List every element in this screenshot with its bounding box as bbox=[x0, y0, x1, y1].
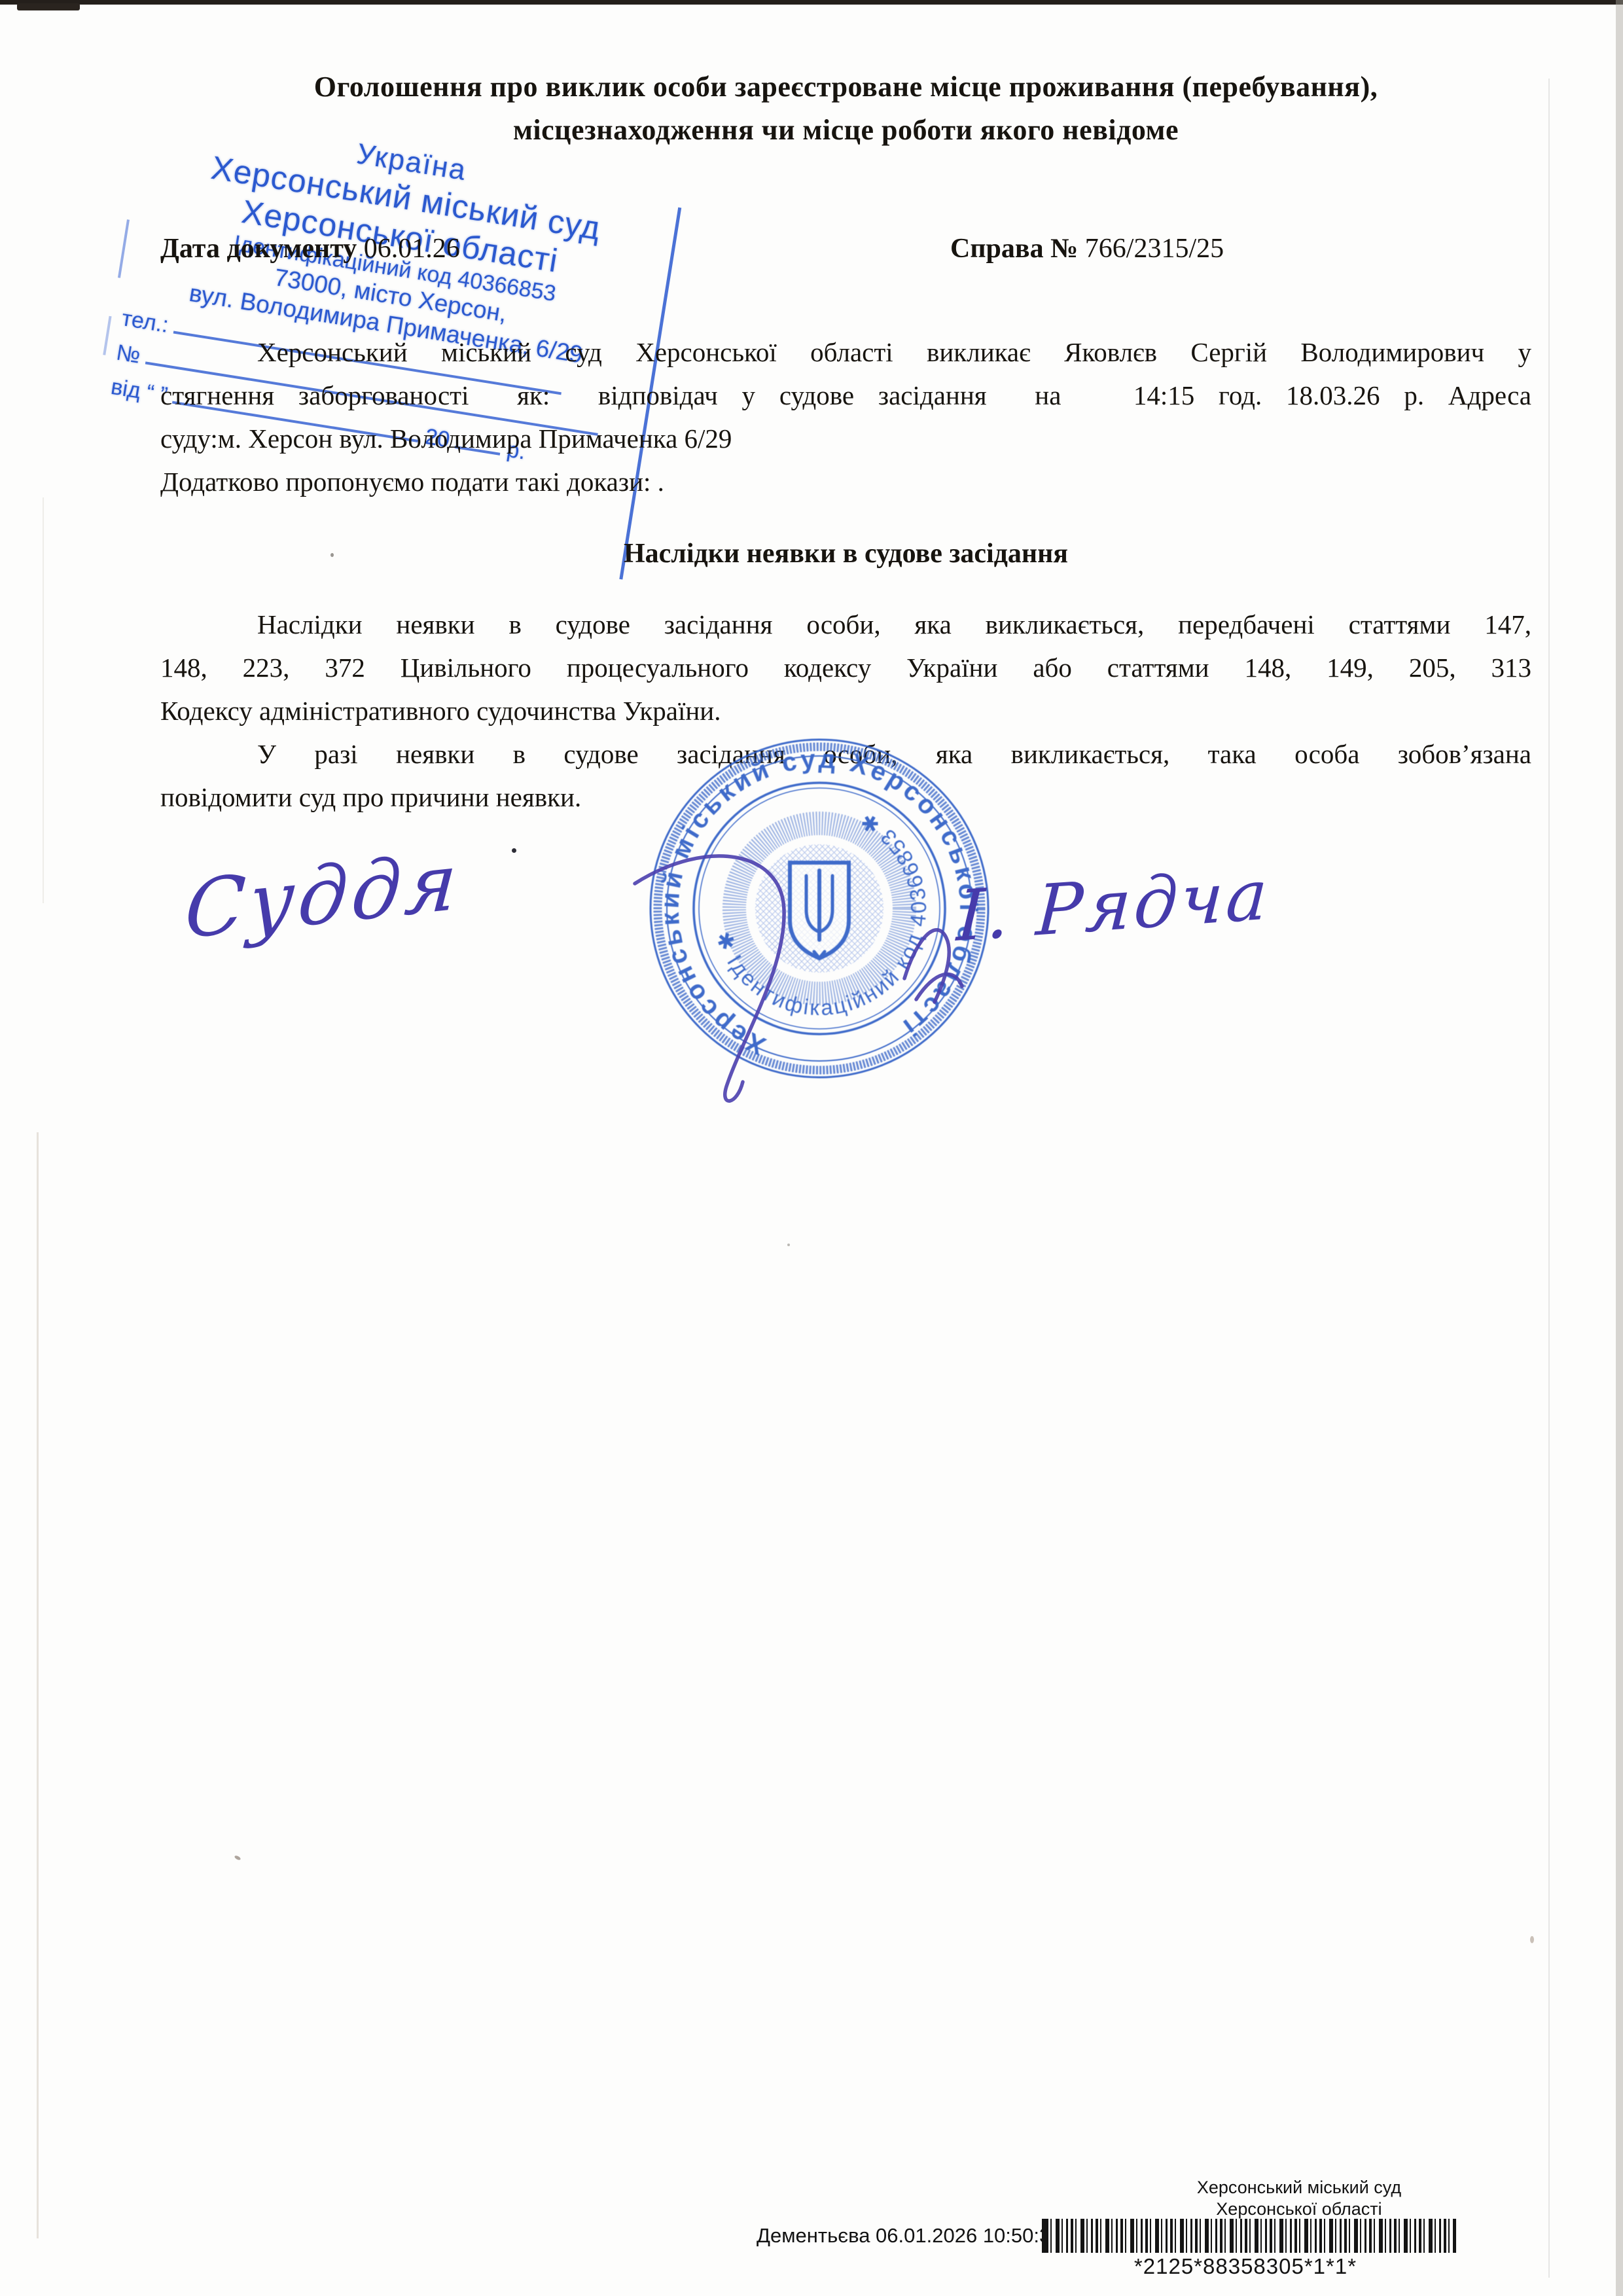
section-heading: Наслідки неявки в судове засідання bbox=[160, 538, 1531, 569]
footer-court-name: Херсонський міський суд Херсонської обла… bbox=[1106, 2177, 1492, 2220]
scanned-court-document-page: Оголошення про виклик особи зареєстрован… bbox=[0, 0, 1623, 2296]
footer-operator-timestamp: Дементьєва 06.01.2026 10:50:33 bbox=[757, 2224, 1061, 2248]
scan-streak-left bbox=[37, 1132, 39, 2238]
pen-signature-strokes bbox=[609, 821, 1080, 1129]
summons-paragraph: Херсонський міський суд Херсонської обла… bbox=[160, 336, 1531, 509]
scan-edge-artifact-top-dash bbox=[17, 3, 80, 10]
case-label: Справа № bbox=[950, 234, 1078, 264]
stamp-number-label: № bbox=[115, 340, 142, 368]
footer-court-line-1: Херсонський міський суд bbox=[1106, 2177, 1492, 2198]
pen-stroke bbox=[635, 856, 784, 1101]
paragraph-line: Наслідки неявки в судове засідання особи… bbox=[160, 609, 1531, 652]
scan-speck bbox=[512, 848, 516, 853]
stamp-phone-label: тел.: bbox=[120, 306, 170, 338]
document-title-line-1: Оголошення про виклик особи зареєстрован… bbox=[160, 68, 1531, 106]
case-value: 766/2315/25 bbox=[1085, 234, 1224, 264]
stamp-border-left-segment bbox=[118, 219, 130, 278]
pen-stroke bbox=[904, 930, 949, 1002]
judge-title-handwriting: Суддя bbox=[182, 836, 464, 957]
date-label: Дата документу bbox=[160, 234, 357, 264]
paragraph-line: стягнення заборгованості як: відповідач … bbox=[160, 380, 1531, 423]
scan-streak-right bbox=[1548, 79, 1550, 2278]
scan-speck bbox=[787, 1244, 790, 1246]
stamp-border-left-segment bbox=[103, 316, 111, 355]
barcode-caption: *2125*88358305*1*1* bbox=[1042, 2254, 1449, 2279]
scan-edge-artifact-right bbox=[1616, 0, 1623, 2296]
case-number-row: Справа № 766/2315/25 bbox=[950, 233, 1224, 264]
scan-speck bbox=[1530, 1936, 1534, 1943]
document-date-row: Дата документу 06.01.26 bbox=[160, 233, 460, 264]
document-barcode bbox=[1042, 2219, 1456, 2253]
paragraph-line: 148, 223, 372 Цивільного процесуального … bbox=[160, 652, 1531, 695]
paragraph-line: Додатково пропонуємо подати такі докази:… bbox=[160, 466, 1531, 509]
scan-edge-artifact-top bbox=[0, 0, 1623, 5]
paragraph-line: суду:м. Херсон вул. Володимира Примаченк… bbox=[160, 423, 1531, 466]
date-value: 06.01.26 bbox=[364, 234, 460, 264]
footer-court-line-2: Херсонської області bbox=[1106, 2198, 1492, 2220]
scan-speck bbox=[234, 1855, 241, 1861]
scan-streak-left-2 bbox=[43, 497, 44, 903]
paragraph-line: Херсонський міський суд Херсонської обла… bbox=[160, 336, 1531, 380]
